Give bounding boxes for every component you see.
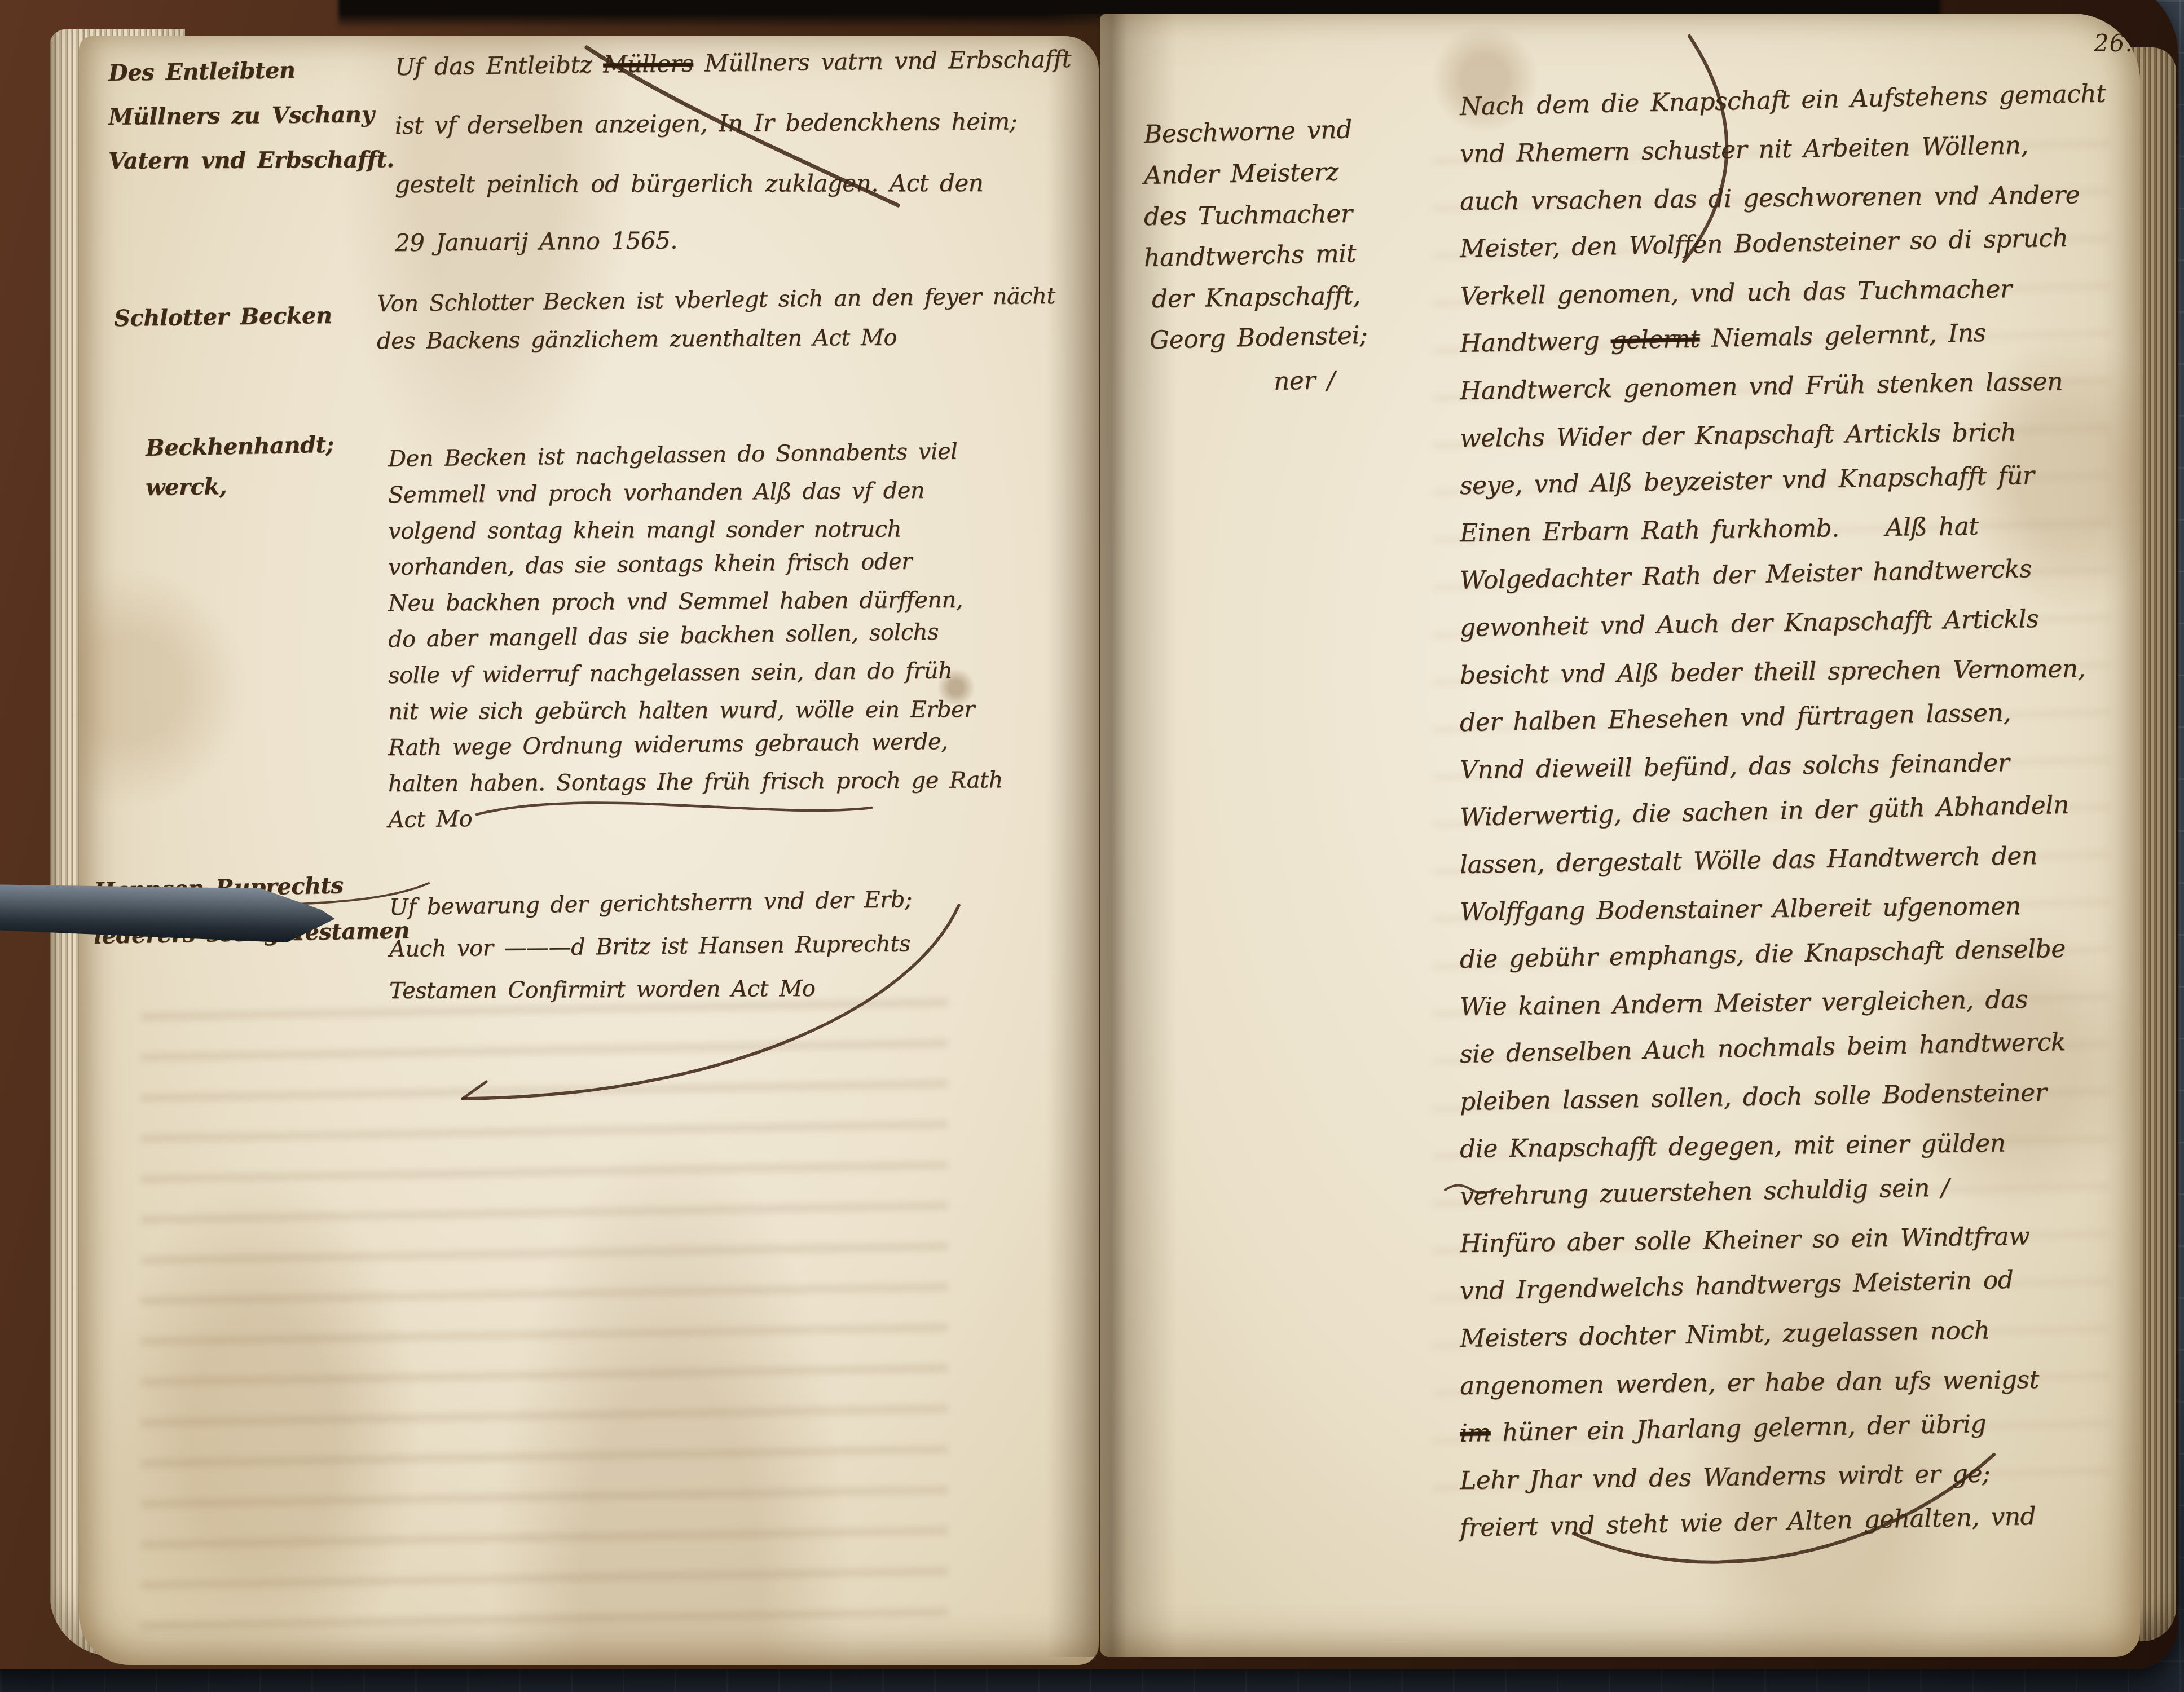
handwritten-line: sie denselben Auch nochmals beim handtwe… bbox=[1459, 1028, 2066, 1069]
handwritten-line: Den Becken ist nachgelassen do Sonnabent… bbox=[388, 438, 958, 472]
handwritten-line: Uf das Entleibtz Müllers Müllners vatrn … bbox=[395, 45, 1072, 81]
handwritten-line: Hinfüro aber solle Kheiner so ein Windtf… bbox=[1460, 1222, 2030, 1258]
handwritten-line: seye, vnd Alß beyzeister vnd Knapschafft… bbox=[1460, 461, 2035, 500]
handwritten-line: verehrung zuuerstehen schuldig sein / bbox=[1460, 1173, 1950, 1211]
handwritten-line: des Tuchmacher bbox=[1144, 200, 1353, 231]
text-segment: Handtwerg bbox=[1459, 326, 1611, 358]
handwritten-line: volgend sontag khein mangl sonder notruc… bbox=[388, 517, 901, 544]
handwritten-line: halten haben. Sontags Ihe früh frisch pr… bbox=[388, 767, 1003, 797]
struck-word: gelernt bbox=[1610, 324, 1700, 355]
paper-stains bbox=[79, 36, 1099, 1665]
struck-word: im bbox=[1460, 1418, 1491, 1448]
pen-flourishes bbox=[79, 36, 1099, 1665]
pen-flourish bbox=[477, 803, 871, 814]
handwritten-line: Rath wege Ordnung widerums gebrauch werd… bbox=[388, 729, 948, 761]
handwritten-line: Verkell genomen, vnd uch das Tuchmacher bbox=[1460, 275, 2012, 311]
pen-flourish bbox=[463, 1082, 486, 1099]
handwritten-line: werck, bbox=[146, 473, 227, 501]
handwritten-line: die Knapschafft degegen, mit einer gülde… bbox=[1460, 1129, 2006, 1164]
handwritten-line: Handtwerck genomen vnd Früh stenken lass… bbox=[1460, 367, 2063, 406]
handwritten-line: vnd Irgendwelchs handtwergs Meisterin od bbox=[1459, 1266, 2013, 1306]
handwritten-line: Auch vor ———d Britz ist Hansen Ruprechts bbox=[389, 931, 910, 962]
handwritten-line: Wolgedachter Rath der Meister handtwerck… bbox=[1459, 554, 2032, 595]
handwritten-line: der halben Ehesehen vnd fürtragen lassen… bbox=[1460, 698, 2011, 737]
handwritten-line: Semmell vnd proch vorhanden Alß das vf d… bbox=[388, 478, 925, 508]
handwritten-line: vnd Rhemern schuster nit Arbeiten Wöllen… bbox=[1460, 131, 2029, 169]
handwritten-line: Beschworne vnd bbox=[1143, 115, 1352, 149]
handwritten-line: welchs Wider der Knapschaft Artickls bri… bbox=[1460, 418, 2016, 453]
handwritten-line: pleiben lassen sollen, doch solle Bodens… bbox=[1460, 1078, 2047, 1116]
handwritten-line: Uf bewarung der gerichtsherrn vnd der Er… bbox=[389, 887, 913, 920]
handwritten-line: angenomen werden, er habe dan ufs wenigs… bbox=[1460, 1365, 2039, 1400]
handwritten-line: Müllners zu Vschany bbox=[108, 101, 375, 130]
handwritten-line: gestelt peinlich od bürgerlich zuklagen.… bbox=[395, 169, 983, 198]
text-segment: Müllners vatrn vnd Erbschafft bbox=[693, 45, 1072, 77]
handwritten-line: freiert vnd steht wie der Alten gehalten… bbox=[1459, 1502, 2036, 1543]
handwritten-line: im hüner ein Jharlang gelernn, der übrig bbox=[1460, 1409, 1987, 1448]
handwritten-line: Wolffgang Bodenstainer Albereit ufgenome… bbox=[1460, 892, 2021, 927]
handwritten-line: Meisters dochter Nimbt, zugelassen noch bbox=[1460, 1316, 1990, 1353]
handwritten-line: Neu backhen proch vnd Semmel haben dürff… bbox=[388, 587, 963, 616]
handwritten-line: Wie kainen Andern Meister vergleichen, d… bbox=[1460, 985, 2028, 1021]
handwritten-line: Vatern vnd Erbschafft. bbox=[108, 146, 394, 174]
manuscript-photo: Des EntleibtenMüllners zu VschanyVatern … bbox=[0, 0, 2184, 1692]
handwritten-line: Handtwerg gelernt Niemals gelernnt, Ins bbox=[1459, 319, 1986, 358]
page-number: 26. bbox=[2094, 29, 2133, 57]
ink-bleedthrough bbox=[141, 989, 948, 1643]
handwritten-line: ner / bbox=[1274, 366, 1336, 396]
handwritten-line: Schlotter Becken bbox=[114, 302, 332, 332]
handwritten-line: Georg Bodenstei; bbox=[1149, 321, 1368, 355]
handwritten-line: 29 Januarij Anno 1565. bbox=[395, 226, 677, 257]
handwritten-line: do aber mangell das sie backhen sollen, … bbox=[388, 619, 939, 653]
handwritten-line: Act Mo bbox=[388, 806, 473, 833]
handwritten-line: die gebühr emphangs, die Knapschaft dens… bbox=[1460, 935, 2066, 974]
text-segment: Uf das Entleibtz bbox=[395, 51, 604, 81]
left-page: Des EntleibtenMüllners zu VschanyVatern … bbox=[79, 36, 1099, 1665]
handwritten-line: besicht vnd Alß beder theill sprechen Ve… bbox=[1460, 654, 2086, 690]
handwritten-line: Testamen Confirmirt worden Act Mo bbox=[389, 976, 816, 1004]
text-segment: hüner ein Jharlang gelernn, der übrig bbox=[1490, 1409, 1986, 1447]
handwritten-line: Vnnd dieweill befünd, das solchs feinand… bbox=[1460, 748, 2010, 785]
handwritten-line: der Knapschafft, bbox=[1152, 281, 1361, 314]
handwritten-line: Einen Erbarn Rath furkhomb. Alß hat bbox=[1460, 512, 1979, 548]
handwritten-line: nit wie sich gebürch halten wurd, wölle … bbox=[388, 697, 975, 725]
right-page: 26. Beschworne vndAnder Meisterzdes Tuch… bbox=[1100, 14, 2140, 1657]
handwritten-line: Meister, den Wolffen Bodensteiner so di … bbox=[1460, 223, 2068, 263]
handwritten-line: gewonheit vnd Auch der Knapschafft Artic… bbox=[1460, 605, 2039, 642]
text-segment: Niemals gelernnt, Ins bbox=[1699, 319, 1986, 353]
handwritten-line: Nach dem die Knapschaft ein Aufstehens g… bbox=[1459, 79, 2106, 121]
handwritten-line: Lehr Jhar vnd des Wanderns wirdt er ge; bbox=[1460, 1460, 1991, 1495]
handwritten-line: Beckhenhandt; bbox=[146, 431, 334, 461]
handwritten-line: Ander Meisterz bbox=[1144, 157, 1339, 190]
handwritten-line: solle vf widerruf nachgelassen sein, dan… bbox=[388, 658, 953, 689]
handwritten-line: des Backens gänzlichem zuenthalten Act M… bbox=[377, 325, 897, 354]
handwritten-line: lassen, dergestalt Wölle das Handtwerch … bbox=[1460, 841, 2038, 879]
handwritten-line: Von Schlotter Becken ist vberlegt sich a… bbox=[377, 283, 1055, 317]
handwritten-line: auch vrsachen das di geschworenen vnd An… bbox=[1460, 180, 2080, 216]
handwritten-line: Widerwertig, die sachen in der güth Abha… bbox=[1459, 791, 2069, 832]
handwritten-line: vorhanden, das sie sontags khein frisch … bbox=[388, 549, 912, 580]
struck-word: Müllers bbox=[603, 50, 693, 78]
handwritten-line: handtwerchs mit bbox=[1143, 239, 1356, 272]
handwritten-line: Des Entleibten bbox=[108, 57, 296, 86]
handwritten-line: ist vf derselben anzeigen, In Ir bedenck… bbox=[395, 107, 1018, 139]
